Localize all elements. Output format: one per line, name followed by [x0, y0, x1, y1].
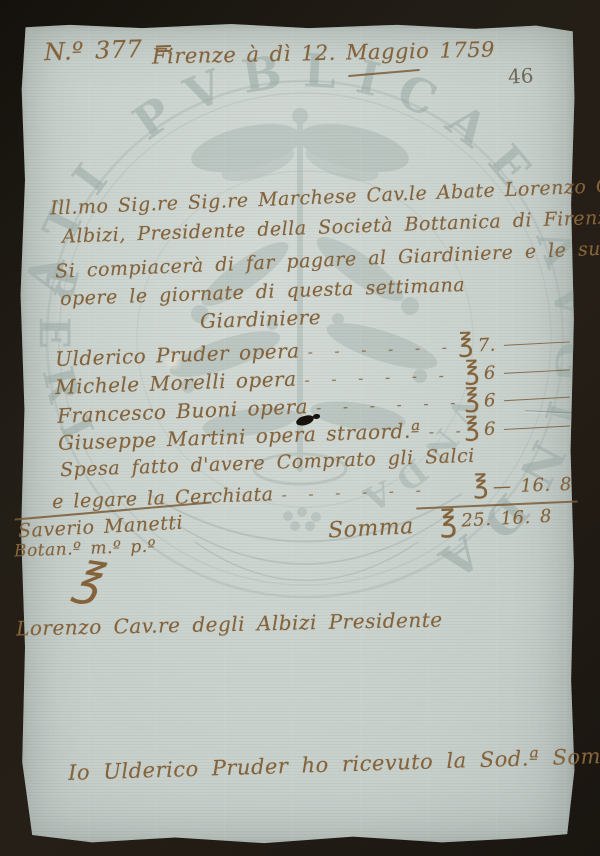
somma-label: Somma: [328, 514, 415, 543]
lira-symbol: ℥: [464, 422, 480, 433]
amount: 6: [484, 363, 497, 384]
seal-bottom-arc-3: [195, 542, 418, 581]
seal-rosette: [283, 507, 321, 531]
lira-symbol: ℥: [439, 517, 457, 528]
somma-amount: 25. 16. 8: [461, 506, 553, 532]
amount: 6: [484, 419, 497, 440]
amount: 6: [484, 390, 497, 411]
folio-number: 46: [507, 63, 534, 88]
amount-rule: [504, 369, 570, 373]
amount-rule: [504, 341, 570, 345]
section-heading: Giardiniere: [200, 305, 322, 333]
lira-symbol: ℥: [458, 338, 474, 349]
amount-rule: [504, 397, 570, 402]
amount: 7.: [477, 335, 496, 357]
lira-symbol: ℥: [464, 394, 480, 405]
lira-symbol: ℥: [464, 366, 480, 377]
amount-rule: [504, 425, 570, 429]
amount: — 16. 8: [493, 474, 573, 498]
lira-symbol: ℥: [473, 480, 489, 491]
caduceus-finial: [292, 108, 308, 124]
document-scan-background: ATI PVBLICAE AVGINDA PERI VNDA N.º 377 =…: [0, 0, 600, 856]
leader-dashes: - - - - - - - -: [420, 422, 464, 442]
